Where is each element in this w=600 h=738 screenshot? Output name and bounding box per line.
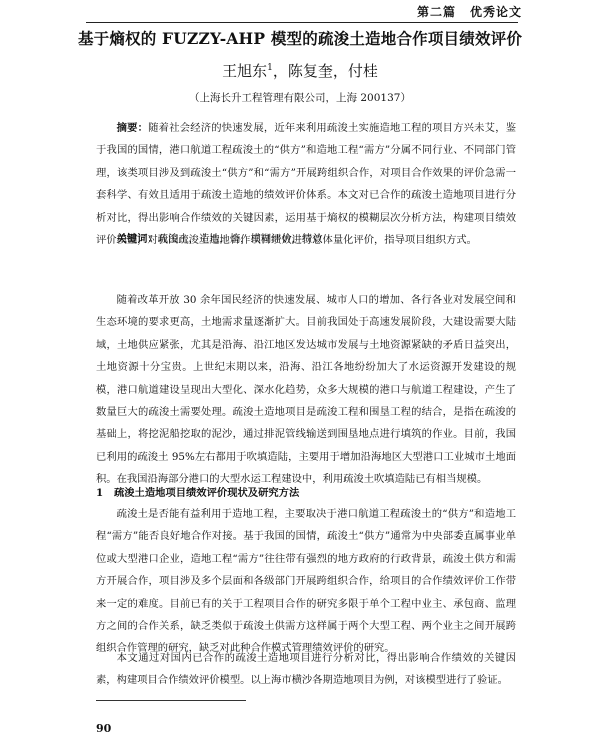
section-paragraph-1: 疏浚土是否能有益利用于造地工程，主要取决于港口航道工程疏浚土的“供方”和造地工程…: [96, 503, 516, 660]
keywords: 关键词：疏浚土，造地，熵，模糊评价，绩效: [96, 228, 516, 250]
footnote-rule: [96, 700, 246, 701]
section-paragraph-2: 本文通过对国内已合作的疏浚土造地项目进行分析对比，得出影响合作绩效的关键因素，构…: [96, 647, 516, 692]
authors: 王旭东1，陈复奎，付桂: [0, 60, 600, 81]
keywords-text: 疏浚土，造地，熵，模糊评价，绩效: [158, 233, 323, 245]
abstract-label: 摘要：: [117, 122, 149, 134]
section-number: 1: [96, 487, 103, 499]
running-header: 第二篇优秀论文: [403, 3, 522, 20]
first-author: 王旭东: [222, 62, 267, 80]
intro-paragraph: 随着改革开放 30 余年国民经济的快速发展、城市人口的增加、各行各业对发展空间和…: [96, 289, 516, 491]
header-rule: [86, 22, 518, 23]
affiliation: （上海长升工程管理有限公司，上海 200137）: [0, 90, 600, 105]
section-heading: 1 疏浚土造地项目绩效评价现状及研究方法: [96, 482, 516, 504]
header-section: 优秀论文: [470, 5, 522, 19]
section-title: 疏浚土造地项目绩效评价现状及研究方法: [114, 487, 299, 499]
paper-title: 基于熵权的 FUZZY-AHP 模型的疏浚土造地合作项目绩效评价: [0, 27, 600, 49]
page-number: 90: [96, 722, 111, 735]
other-authors: ，陈复奎，付桂: [273, 62, 378, 80]
header-part: 第二篇: [417, 5, 456, 19]
keywords-label: 关键词：: [117, 233, 158, 245]
